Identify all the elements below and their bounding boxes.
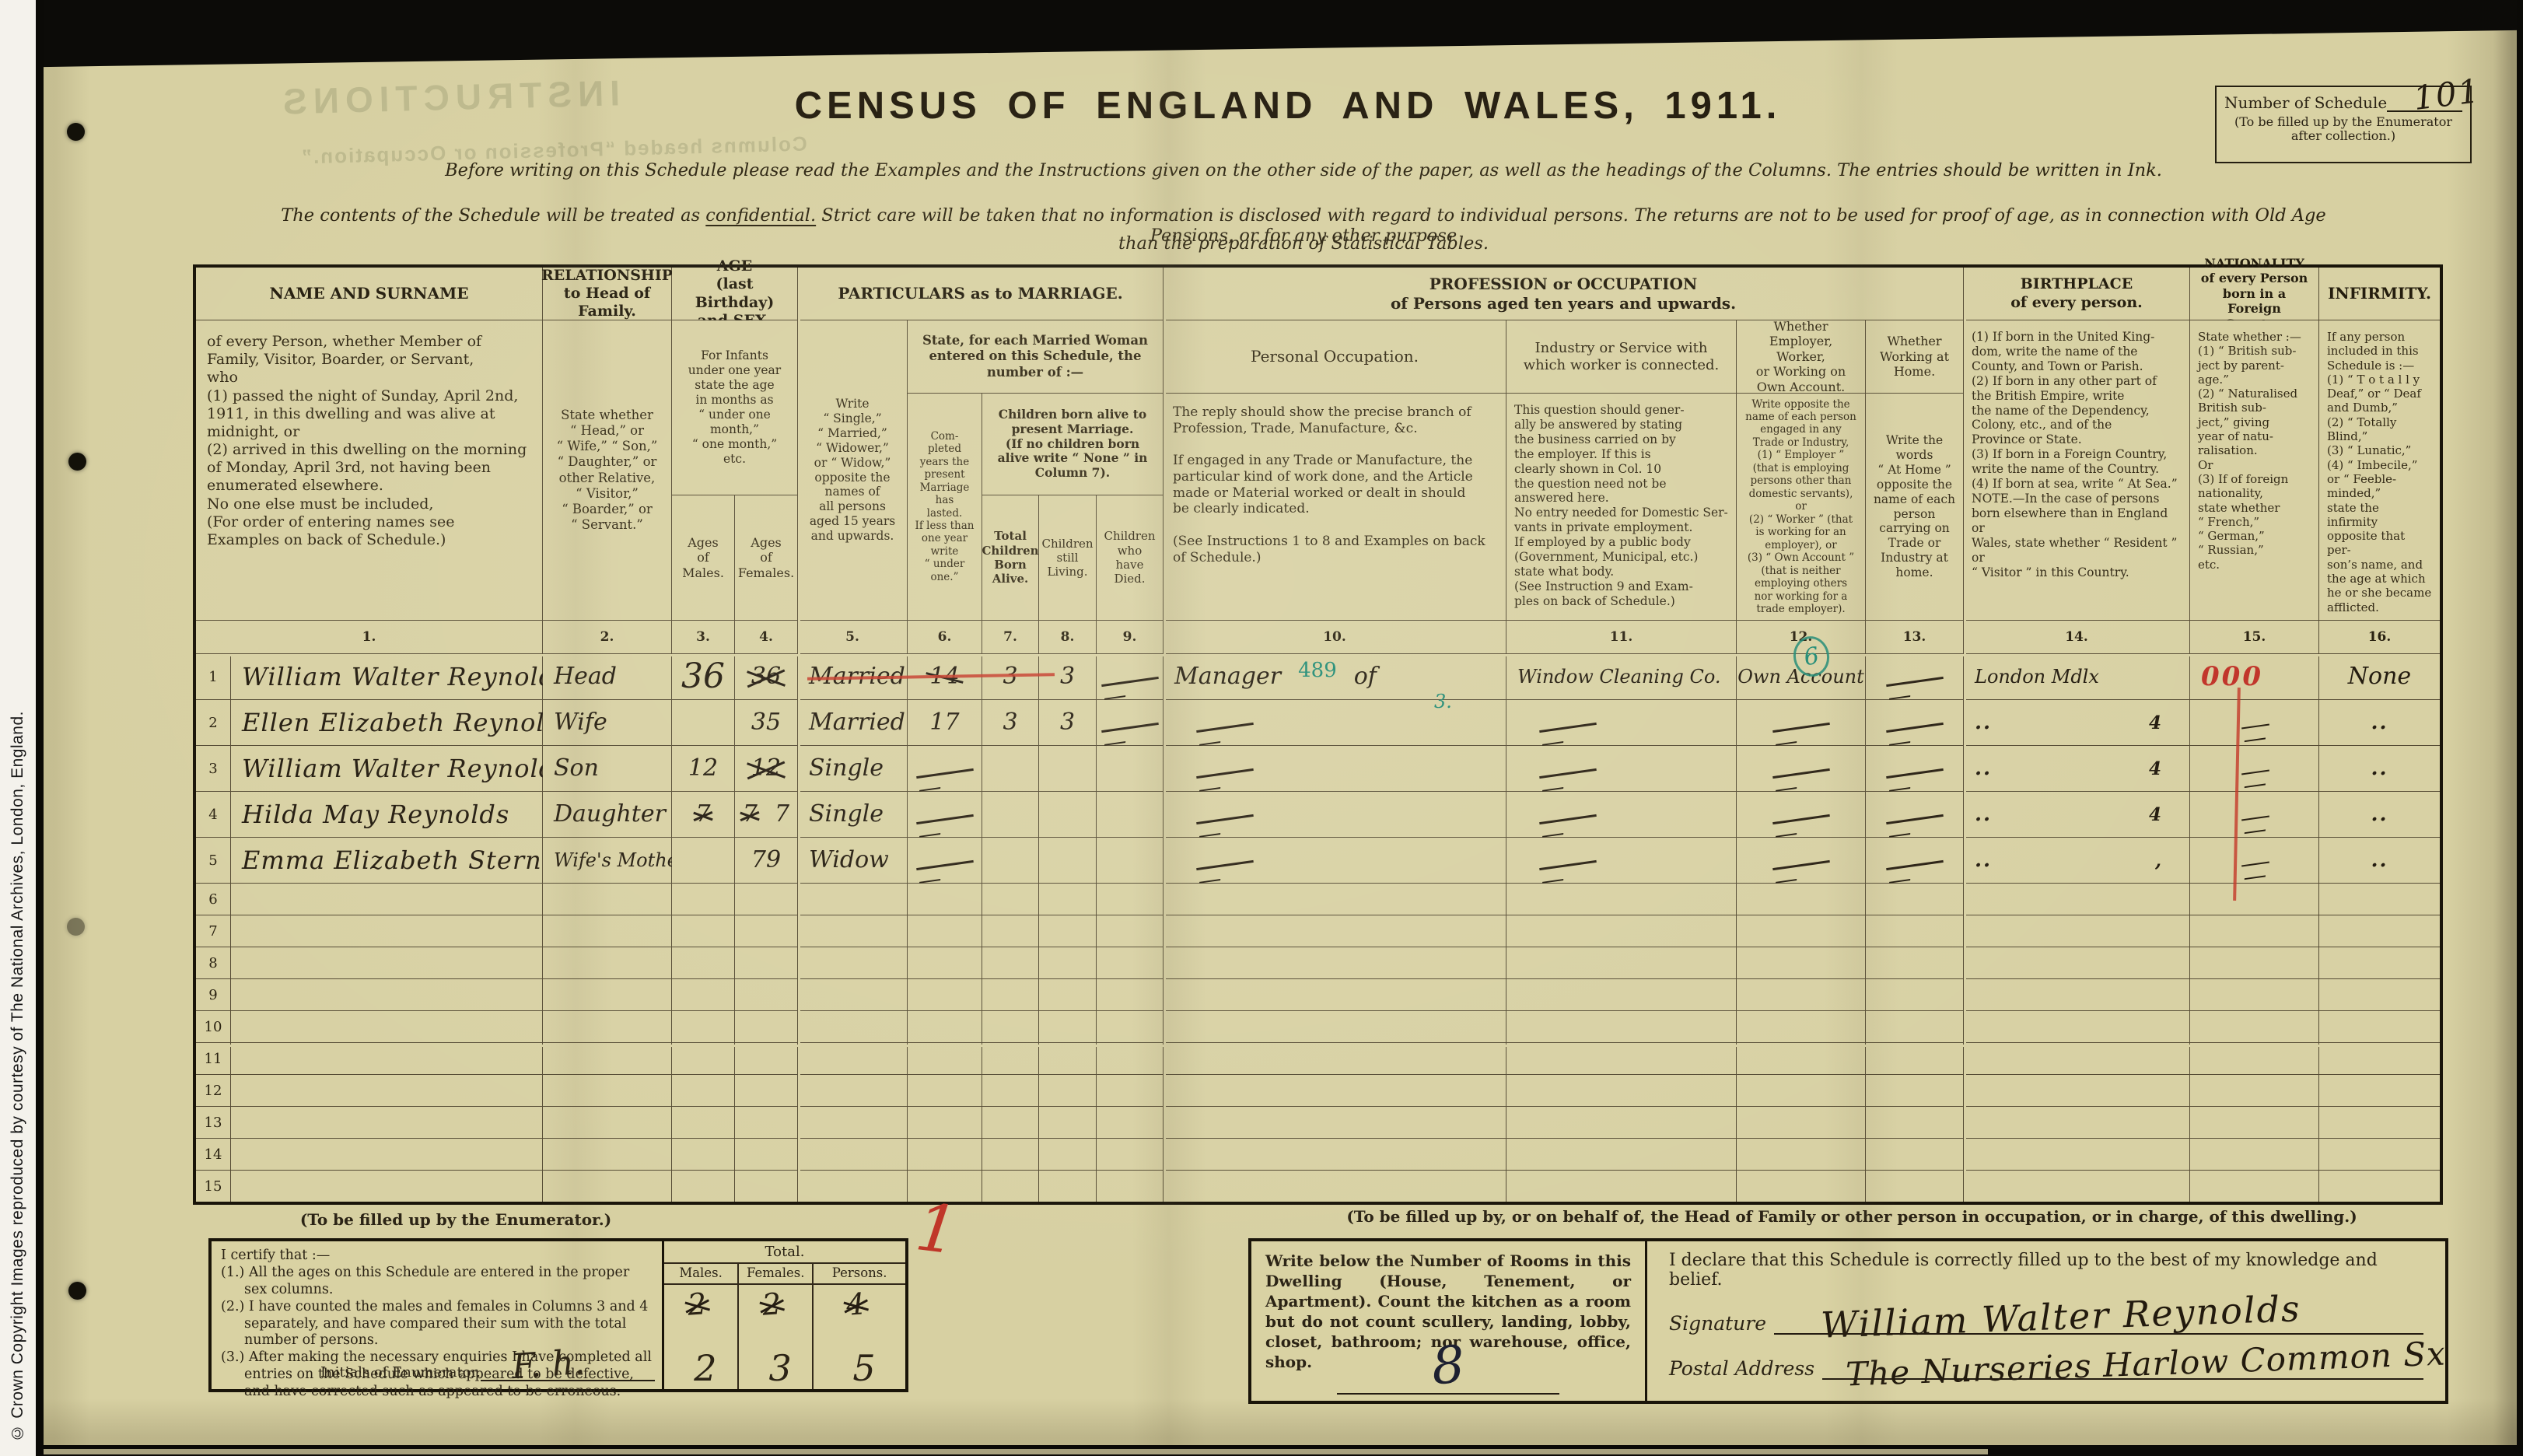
- relationship-instructions: State whether “ Head,” or “ Wife,” “ Son…: [543, 320, 671, 620]
- total-males: Males. 22: [664, 1264, 739, 1389]
- column-number-16: 16.: [2319, 621, 2440, 653]
- cell-working-at-home: [1866, 884, 1963, 915]
- enumerator-box: I certify that :— (1.) All the ages on t…: [208, 1238, 908, 1392]
- cell-infirmity: ..: [2319, 838, 2440, 883]
- cell-age-females: 36: [735, 654, 797, 699]
- employer-instructions: Write opposite the name of each person e…: [1737, 394, 1865, 620]
- row-number: 3: [196, 746, 230, 791]
- column-number-9: 9.: [1097, 621, 1163, 653]
- col-header-infirmity: INFIRMITY.: [2319, 268, 2440, 320]
- handwritten-entry: —: [1886, 722, 1944, 732]
- cell-relationship: [543, 915, 671, 947]
- cell-children-died: [1097, 746, 1163, 791]
- handwritten-entry: —: [1886, 814, 1944, 824]
- cell-children-born: [982, 979, 1038, 1010]
- postal-address-label: Postal Address: [1669, 1357, 1814, 1380]
- cell-birthplace: [1964, 947, 2189, 978]
- cell-children-died: [1097, 979, 1163, 1010]
- cell-name: [231, 1075, 542, 1106]
- cell-age-males: [672, 947, 734, 978]
- cell-working-at-home: [1866, 947, 1963, 978]
- cell-age-males: 12: [672, 746, 734, 791]
- handwritten-entry: —: [1886, 676, 1944, 686]
- cell-industry: [1506, 884, 1736, 915]
- cell-children-living: [1039, 1043, 1096, 1074]
- cell-employer-status: [1737, 1107, 1865, 1138]
- cell-personal-occupation: [1164, 947, 1506, 978]
- cell-children-born: [982, 1171, 1038, 1202]
- cell-children-living: [1039, 1075, 1096, 1106]
- row-number: 14: [196, 1139, 230, 1170]
- handwritten-entry: —: [1101, 722, 1159, 732]
- cell-children-born: [982, 1043, 1038, 1074]
- head-of-family-box: Write below the Number of Rooms in this …: [1248, 1238, 2448, 1404]
- years-married-instructions: Com- pleted years the present Marriage h…: [908, 394, 982, 620]
- cell-years-married: —: [908, 838, 982, 883]
- handwritten-entry: Hilda May Reynolds: [242, 802, 509, 827]
- cell-marital-condition: Single: [798, 746, 907, 791]
- cell-birthplace: [1964, 1075, 2189, 1106]
- females-struck: 2: [761, 1289, 782, 1320]
- cell-children-living: [1039, 746, 1096, 791]
- cell-age-females: 79: [735, 838, 797, 883]
- total-females: Females. 23: [739, 1264, 814, 1389]
- cell-age-females: [735, 1075, 797, 1106]
- cell-years-married: [908, 979, 982, 1010]
- cell-birthplace: ..,: [1964, 838, 2189, 883]
- cell-personal-occupation: [1164, 979, 1506, 1010]
- cell-relationship: [543, 1011, 671, 1042]
- females-label: Females.: [739, 1264, 812, 1285]
- handwritten-entry: —: [1196, 814, 1254, 824]
- cell-marital-condition: [798, 1171, 907, 1202]
- rule-below-row10: [196, 1045, 2440, 1047]
- schedule-number-rule: 101: [2387, 92, 2462, 112]
- row-number: 9: [196, 979, 230, 1010]
- cell-nationality: [2190, 979, 2318, 1010]
- cell-birthplace: London Mdlx: [1964, 654, 2189, 699]
- row-number: 15: [196, 1171, 230, 1202]
- handwritten-entry: 3: [1060, 665, 1075, 688]
- cell-children-died: [1097, 1171, 1163, 1202]
- cell-relationship: [543, 947, 671, 978]
- cell-age-males: 36: [672, 654, 734, 699]
- cell-name: [231, 1107, 542, 1138]
- cell-name: [231, 979, 542, 1010]
- cell-children-born: [982, 947, 1038, 978]
- cell-nationality: —: [2190, 838, 2318, 883]
- cell-infirmity: ..: [2319, 700, 2440, 745]
- handwritten-entry: —: [1539, 859, 1597, 870]
- handwritten-entry: Ellen Elizabeth Reynolds: [242, 710, 576, 735]
- confidential-sentence-pre: The contents of the Schedule will be tre…: [281, 205, 705, 226]
- cell-nationality: [2190, 1043, 2318, 1074]
- cell-children-born: [982, 1075, 1038, 1106]
- industry-label: Industry or Service with which worker is…: [1506, 320, 1736, 393]
- cell-relationship: [543, 1075, 671, 1106]
- census-table: NAME AND SURNAME RELATIONSHIP to Head of…: [193, 264, 2443, 1205]
- cell-industry: —: [1506, 746, 1736, 791]
- scan-bottom-edge: [44, 1449, 1988, 1454]
- signature-handwriting: William Walter Reynolds: [1820, 1287, 2301, 1346]
- cell-employer-status: [1737, 915, 1865, 947]
- cell-infirmity: [2319, 947, 2440, 978]
- handwritten-entry: 3: [1060, 711, 1075, 734]
- schedule-number-box: Number of Schedule 101 (To be filled up …: [2215, 86, 2472, 163]
- postal-address-handwriting: The Nurseries Harlow Common Sx: [1845, 1335, 2446, 1394]
- cell-employer-status: [1737, 884, 1865, 915]
- cell-children-died: [1097, 792, 1163, 837]
- scan-top-edge: [44, 0, 2517, 68]
- cell-children-born: [982, 1011, 1038, 1042]
- cell-birthplace: [1964, 884, 2189, 915]
- rooms-cell: Write below the Number of Rooms in this …: [1251, 1241, 1647, 1401]
- punch-hole: [68, 1282, 86, 1300]
- cell-industry: [1506, 1011, 1736, 1042]
- column-number-10: 10.: [1164, 621, 1506, 653]
- cell-children-died: [1097, 915, 1163, 947]
- cell-industry: [1506, 1107, 1736, 1138]
- cell-children-living: [1039, 884, 1096, 915]
- col-header-profession: PROFESSION or OCCUPATION of Persons aged…: [1164, 268, 1963, 320]
- cell-personal-occupation: [1164, 1107, 1506, 1138]
- infirmity-instructions: If any person included in this Schedule …: [2319, 320, 2440, 620]
- cell-nationality: —: [2190, 792, 2318, 837]
- cell-relationship: Wife: [543, 700, 671, 745]
- cell-employer-status: —: [1737, 700, 1865, 745]
- handwritten-entry: 79: [751, 849, 781, 872]
- handwritten-entry: —: [1772, 859, 1830, 870]
- personal-occupation-label: Personal Occupation.: [1164, 320, 1506, 393]
- cell-age-males: [672, 838, 734, 883]
- age-instructions: For Infants under one year state the age…: [672, 320, 797, 495]
- cell-years-married: 17: [908, 700, 982, 745]
- cell-marital-condition: [798, 1139, 907, 1170]
- punch-hole: [67, 123, 85, 141]
- cell-employer-status: [1737, 1011, 1865, 1042]
- green-code-3: 3.: [1434, 691, 1452, 712]
- column-number-14: 14.: [1964, 621, 2189, 653]
- preamble-line3: than the preparation of Statistical Tabl…: [269, 233, 2338, 254]
- cell-years-married: [908, 1011, 982, 1042]
- census-grid: NAME AND SURNAME RELATIONSHIP to Head of…: [193, 264, 2443, 1205]
- column-number-2: 2.: [543, 621, 671, 653]
- column-number-6: 6.: [908, 621, 982, 653]
- cell-years-married: [908, 1075, 982, 1106]
- cell-marital-condition: Widow: [798, 838, 907, 883]
- females-value: 3: [768, 1347, 791, 1389]
- signature-label: Signature: [1669, 1312, 1766, 1335]
- handwritten-entry: —: [2241, 816, 2269, 821]
- cell-employer-status: [1737, 979, 1865, 1010]
- children-note: Children born alive to present Marriage.…: [982, 394, 1163, 495]
- row-number: 1: [196, 654, 230, 699]
- cell-working-at-home: —: [1866, 700, 1963, 745]
- cell-marital-condition: Married: [798, 700, 907, 745]
- cell-name: [231, 884, 542, 915]
- cell-personal-occupation: Manager489of: [1164, 654, 1506, 699]
- handwritten-entry: Widow: [809, 849, 889, 872]
- certify-item-2: (2.) I have counted the males and female…: [221, 1299, 653, 1350]
- cell-employer-status: —: [1737, 792, 1865, 837]
- cell-age-females: 77: [735, 792, 797, 837]
- handwritten-entry: Daughter: [554, 803, 666, 826]
- cell-birthplace: [1964, 1043, 2189, 1074]
- rule-below-numbers: [196, 654, 2440, 656]
- punch-hole: [67, 918, 85, 936]
- handwritten-entry: William Walter Reynolds: [242, 664, 569, 689]
- postal-address-row: Postal Address The Nurseries Harlow Comm…: [1669, 1355, 2423, 1380]
- industry-instructions: This question should gener- ally be answ…: [1506, 394, 1736, 620]
- column-number-1: 1.: [196, 621, 542, 653]
- cell-nationality: [2190, 1107, 2318, 1138]
- cell-children-living: [1039, 1011, 1096, 1042]
- cell-relationship: Head: [543, 654, 671, 699]
- cell-working-at-home: [1866, 1107, 1963, 1138]
- handwritten-entry: —: [1196, 859, 1254, 870]
- handwritten-entry: —: [2241, 724, 2269, 730]
- cell-children-born: 3: [982, 700, 1038, 745]
- cell-children-born: [982, 884, 1038, 915]
- cell-working-at-home: —: [1866, 746, 1963, 791]
- row-number: 13: [196, 1107, 230, 1138]
- cell-infirmity: [2319, 915, 2440, 947]
- cell-working-at-home: —: [1866, 792, 1963, 837]
- cell-children-died: [1097, 947, 1163, 978]
- cell-marital-condition: [798, 915, 907, 947]
- nationality-instructions: State whether :— (1) “ British sub- ject…: [2190, 320, 2318, 620]
- handwritten-entry: 4: [2149, 806, 2163, 824]
- children-living-label: Children still Living.: [1039, 495, 1096, 620]
- handwritten-entry: —: [1772, 722, 1830, 732]
- cell-infirmity: [2319, 1171, 2440, 1202]
- cell-name: Ellen Elizabeth Reynolds: [231, 700, 542, 745]
- handwritten-entry: of: [1354, 665, 1377, 688]
- col-header-relationship: RELATIONSHIP to Head of Family.: [543, 268, 671, 320]
- handwritten-entry: 4: [2149, 714, 2163, 732]
- handwritten-entry: ..: [1975, 850, 1992, 870]
- red-tally-mark: 1: [912, 1194, 961, 1264]
- row-number: 11: [196, 1043, 230, 1074]
- cell-age-males: [672, 884, 734, 915]
- census-schedule-page: INSTRUCTIONS Columns headed “Profession …: [44, 0, 2517, 1445]
- handwritten-entry: 7: [775, 803, 789, 826]
- children-born-label: Total Children Born Alive.: [982, 495, 1038, 620]
- cell-employer-status: [1737, 1171, 1865, 1202]
- cell-nationality: —: [2190, 746, 2318, 791]
- cell-industry: [1506, 979, 1736, 1010]
- handwritten-entry: —: [1196, 722, 1254, 732]
- handwritten-entry: —: [1101, 676, 1159, 686]
- cell-age-males: [672, 1171, 734, 1202]
- cell-relationship: [543, 1139, 671, 1170]
- initials-handwriting: F. h.: [510, 1341, 586, 1388]
- cell-relationship: Son: [543, 746, 671, 791]
- handwritten-entry: 4: [2149, 760, 2163, 778]
- children-died-label: Children who have Died.: [1097, 495, 1163, 620]
- signature-row: Signature William Walter Reynolds: [1669, 1310, 2423, 1335]
- handwritten-entry: —: [1772, 768, 1830, 778]
- cell-infirmity: ..: [2319, 792, 2440, 837]
- cell-personal-occupation: —: [1164, 746, 1506, 791]
- cell-relationship: [543, 884, 671, 915]
- cell-infirmity: [2319, 1075, 2440, 1106]
- cell-working-at-home: [1866, 1139, 1963, 1170]
- cell-personal-occupation: [1164, 1011, 1506, 1042]
- handwritten-entry: Wife's Mother: [554, 851, 687, 870]
- cell-age-males: [672, 1043, 734, 1074]
- cell-children-living: [1039, 915, 1096, 947]
- cell-nationality: [2190, 1139, 2318, 1170]
- cell-nationality: 000: [2190, 654, 2318, 699]
- cell-age-females: 35: [735, 700, 797, 745]
- persons-value: 5: [852, 1347, 875, 1389]
- cell-children-died: [1097, 1139, 1163, 1170]
- cell-marital-condition: [798, 1011, 907, 1042]
- handwritten-entry: 17: [929, 711, 959, 734]
- page-title: CENSUS OF ENGLAND AND WALES, 1911.: [744, 84, 1832, 128]
- cell-relationship: Wife's Mother: [543, 838, 671, 883]
- row-number: 8: [196, 947, 230, 978]
- cell-industry: [1506, 1139, 1736, 1170]
- copyright-text: © Crown Copyright Images reproduced by c…: [9, 711, 27, 1442]
- cell-personal-occupation: [1164, 884, 1506, 915]
- head-of-family-heading: (To be filled up by, or on behalf of, th…: [1257, 1207, 2447, 1226]
- handwritten-entry: 000: [2201, 663, 2263, 690]
- cell-age-males: 7: [672, 792, 734, 837]
- cell-personal-occupation: [1164, 1043, 1506, 1074]
- birthplace-instructions: (1) If born in the United King- dom, wri…: [1964, 320, 2189, 620]
- cell-employer-status: —: [1737, 746, 1865, 791]
- cell-industry: —: [1506, 838, 1736, 883]
- cell-marital-condition: [798, 979, 907, 1010]
- cell-personal-occupation: —: [1164, 838, 1506, 883]
- schedule-number-label: Number of Schedule: [2224, 93, 2387, 112]
- rule-profession-birthplace: [1964, 268, 1966, 1202]
- handwritten-entry: ..: [1975, 712, 1992, 733]
- handwritten-entry: 36: [681, 660, 725, 694]
- handwritten-entry: 3: [1003, 711, 1017, 734]
- cell-birthplace: [1964, 915, 2189, 947]
- cell-industry: [1506, 1075, 1736, 1106]
- cell-children-living: [1039, 1107, 1096, 1138]
- cell-personal-occupation: [1164, 1171, 1506, 1202]
- cell-infirmity: ..: [2319, 746, 2440, 791]
- handwritten-entry: 12: [688, 757, 718, 780]
- handwritten-entry: 489: [1298, 660, 1337, 681]
- cell-children-born: [982, 1107, 1038, 1138]
- total-persons: Persons. 45: [814, 1264, 905, 1389]
- cell-years-married: [908, 1107, 982, 1138]
- cell-marital-condition: [798, 884, 907, 915]
- copyright-strip: © Crown Copyright Images reproduced by c…: [0, 0, 36, 1456]
- cell-marital-condition: [798, 1075, 907, 1106]
- cell-age-males: [672, 1075, 734, 1106]
- cell-birthplace: [1964, 1171, 2189, 1202]
- cell-infirmity: [2319, 884, 2440, 915]
- cell-birthplace: ..4: [1964, 746, 2189, 791]
- handwritten-entry: ..: [2371, 850, 2388, 870]
- cell-age-females: [735, 1107, 797, 1138]
- handwritten-entry: Single: [809, 803, 884, 826]
- cell-birthplace: [1964, 1011, 2189, 1042]
- cell-age-females: [735, 884, 797, 915]
- preamble-line1: Before writing on this Schedule please r…: [308, 160, 2299, 180]
- handwritten-entry: Head: [554, 665, 617, 688]
- cell-birthplace: [1964, 1107, 2189, 1138]
- total-label: Total.: [664, 1241, 905, 1264]
- handwritten-entry: Emma Elizabeth Sterne: [242, 848, 558, 873]
- cell-birthplace: ..4: [1964, 792, 2189, 837]
- cell-children-died: [1097, 884, 1163, 915]
- cell-employer-status: [1737, 1139, 1865, 1170]
- signature-rule: William Walter Reynolds: [1774, 1310, 2423, 1335]
- declaration-cell: I declare that this Schedule is correctl…: [1647, 1241, 2445, 1401]
- handwritten-entry: —: [1196, 768, 1254, 778]
- cell-children-died: [1097, 838, 1163, 883]
- cell-children-died: [1097, 1075, 1163, 1106]
- cell-working-at-home: —: [1866, 838, 1963, 883]
- cell-age-females: [735, 1171, 797, 1202]
- cell-personal-occupation: —: [1164, 792, 1506, 837]
- handwritten-entry: —: [1886, 768, 1944, 778]
- cell-employer-status: [1737, 1043, 1865, 1074]
- cell-children-died: —: [1097, 654, 1163, 699]
- cell-years-married: —: [908, 792, 982, 837]
- schedule-number-value: 101: [2412, 72, 2483, 117]
- handwritten-entry: Son: [554, 757, 599, 780]
- cell-children-living: [1039, 1139, 1096, 1170]
- col-header-marriage: PARTICULARS as to MARRIAGE.: [798, 268, 1163, 320]
- totals-panel: Total. Males. 22 Females. 23 Persons. 45: [662, 1241, 905, 1389]
- cell-personal-occupation: [1164, 1139, 1506, 1170]
- cell-relationship: [543, 1171, 671, 1202]
- column-number-13: 13.: [1866, 621, 1963, 653]
- cell-relationship: [543, 1107, 671, 1138]
- cell-children-living: [1039, 947, 1096, 978]
- ages-of-males-label: Ages of Males.: [672, 495, 734, 620]
- certify-text: I certify that :— (1.) All the ages on t…: [212, 1241, 662, 1389]
- athome-label: Whether Working at Home.: [1866, 320, 1963, 393]
- cell-age-females: [735, 947, 797, 978]
- cell-industry: —: [1506, 700, 1736, 745]
- cell-age-males: [672, 1107, 734, 1138]
- handwritten-entry: William Walter Reynolds: [242, 756, 569, 781]
- cell-industry: [1506, 1171, 1736, 1202]
- cell-age-females: [735, 1139, 797, 1170]
- cell-children-died: [1097, 1011, 1163, 1042]
- cell-age-females: [735, 1011, 797, 1042]
- handwritten-entry: 35: [751, 711, 781, 734]
- column-number-7: 7.: [982, 621, 1038, 653]
- cell-children-born: [982, 1139, 1038, 1170]
- cell-age-females: [735, 1043, 797, 1074]
- cell-marital-condition: [798, 1107, 907, 1138]
- row-number: 2: [196, 700, 230, 745]
- row-number: 6: [196, 884, 230, 915]
- row-number: 5: [196, 838, 230, 883]
- males-value: 2: [694, 1347, 716, 1389]
- handwritten-entry: —: [916, 859, 974, 870]
- handwritten-entry: 36: [751, 665, 781, 688]
- cell-years-married: —: [908, 746, 982, 791]
- cell-nationality: [2190, 1171, 2318, 1202]
- cell-age-males: [672, 1011, 734, 1042]
- occupation-instructions: The reply should show the precise branch…: [1164, 394, 1506, 620]
- cell-nationality: [2190, 915, 2318, 947]
- postal-address-rule: The Nurseries Harlow Common Sx: [1822, 1355, 2423, 1380]
- cell-working-at-home: [1866, 1171, 1963, 1202]
